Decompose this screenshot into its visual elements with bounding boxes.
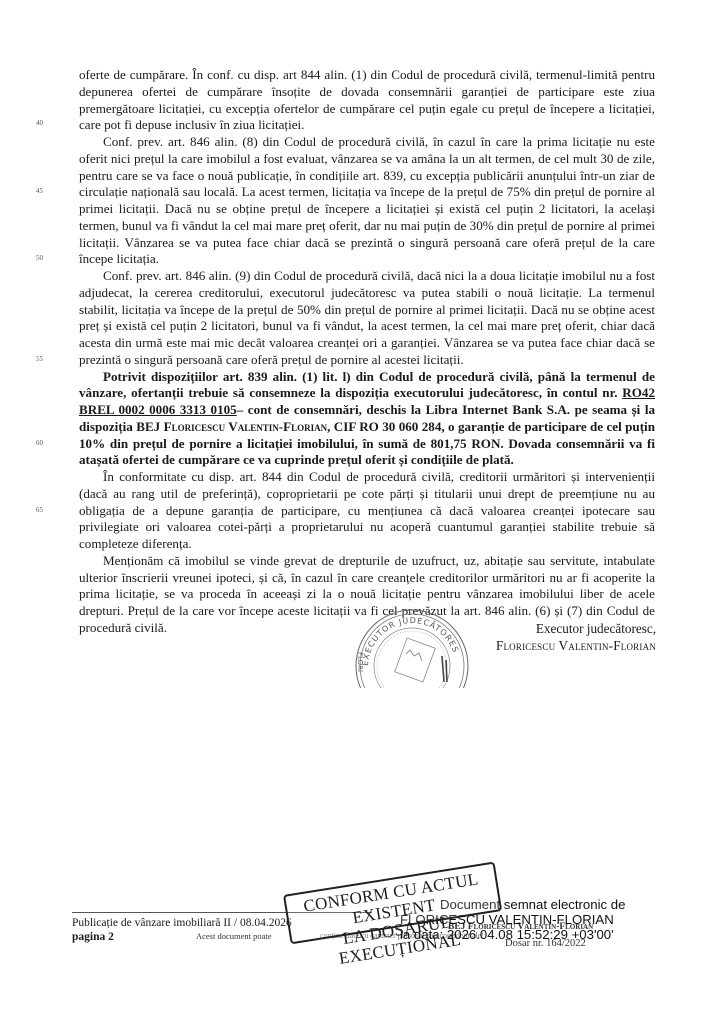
paragraph-text: Conf. prev. art. 846 alin. (8) din Codul… — [79, 134, 655, 266]
executor-name: Floricescu Valentin-Florian — [164, 419, 327, 434]
paragraph-text: Conf. prev. art. 846 alin. (9) din Codul… — [79, 268, 655, 367]
paragraph-text: oferte de cumpărare. În conf. cu disp. a… — [79, 67, 655, 132]
document-page: 404550556065 oferte de cumpărare. În con… — [0, 0, 724, 1024]
line-number: 45 — [36, 187, 43, 195]
footer-title: Publicație de vânzare imobiliară II / 08… — [72, 917, 292, 929]
document-body: oferte de cumpărare. În conf. cu disp. a… — [79, 67, 655, 637]
line-number: 50 — [36, 254, 43, 262]
line-number: 65 — [36, 506, 43, 514]
footer-disclaimer: Acest document poate — [196, 931, 272, 941]
seal-icon: EXECUTOR JUDECĂTORESC FLORI — [350, 604, 470, 688]
paragraph: oferte de cumpărare. În conf. cu disp. a… — [79, 67, 655, 134]
line-number: 60 — [36, 439, 43, 447]
executor-seal: EXECUTOR JUDECĂTORESC FLORI — [350, 604, 470, 688]
line-number: 40 — [36, 119, 43, 127]
signature-name: Floricescu Valentin-Florian — [470, 637, 656, 654]
paragraph-text: În conformitate cu disp. art. 844 din Co… — [79, 469, 655, 551]
paragraph: În conformitate cu disp. art. 844 din Co… — [79, 469, 655, 553]
conform-stamp: CONFORM CU ACTUL EXISTENT LA DOSARUL EXE… — [283, 862, 502, 945]
paragraph: Potrivit dispozițiilor art. 839 alin. (1… — [79, 369, 655, 470]
paragraph: Conf. prev. art. 846 alin. (9) din Codul… — [79, 268, 655, 369]
svg-text:FLORI: FLORI — [356, 652, 364, 672]
signature-role: Executor judecătoresc, — [470, 620, 656, 637]
svg-text:EXECUTOR JUDECĂTORESC: EXECUTOR JUDECĂTORESC — [350, 604, 460, 666]
line-number: 55 — [36, 355, 43, 363]
signature-block: Executor judecătoresc, Floricescu Valent… — [470, 620, 656, 654]
paragraph-text: Potrivit dispozițiilor art. 839 alin. (1… — [79, 369, 655, 401]
paragraph: Conf. prev. art. 846 alin. (8) din Codul… — [79, 134, 655, 268]
